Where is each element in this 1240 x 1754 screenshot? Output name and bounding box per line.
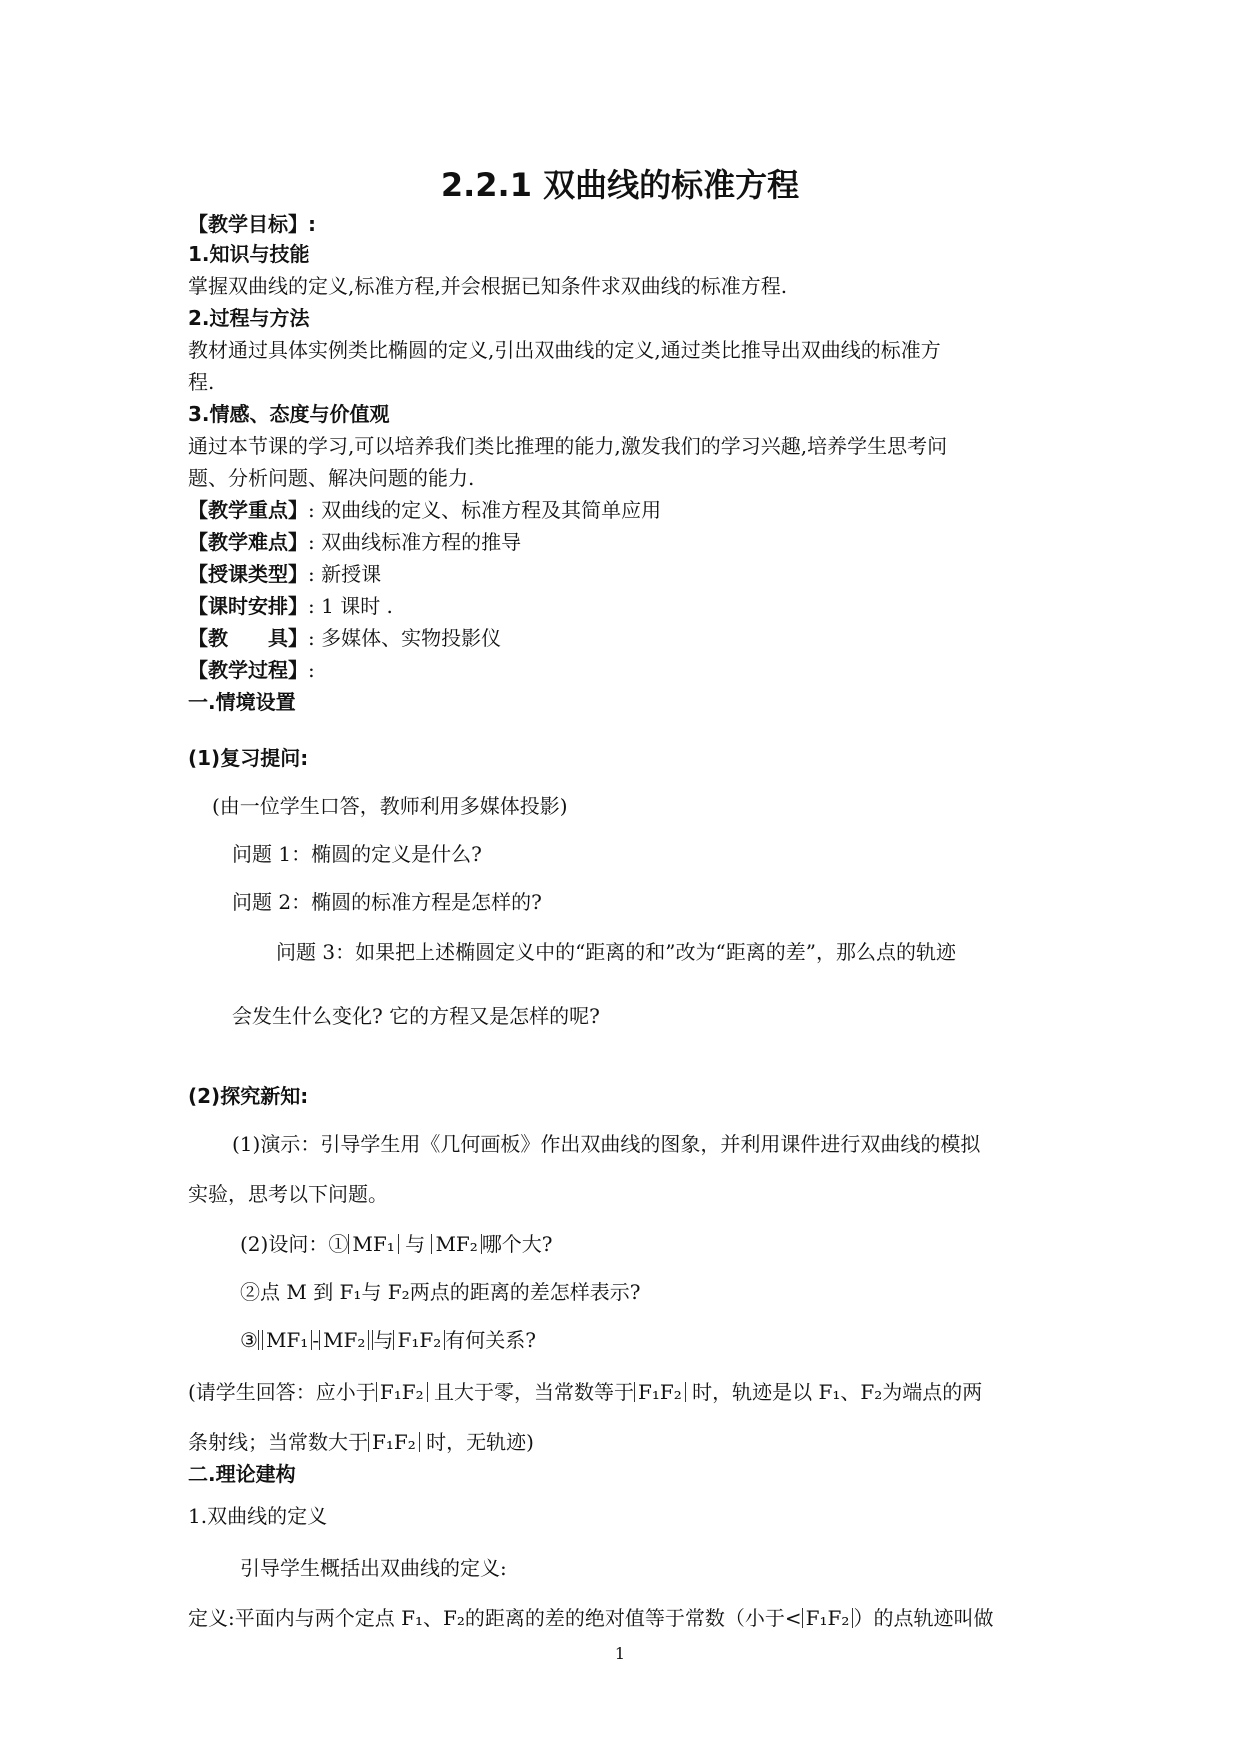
question-1: 问题 1：椭圆的定义是什么? [232, 840, 482, 868]
abs-f1f2: F₁F₂ [802, 1608, 854, 1628]
answer-text: 时，无轨迹) [426, 1430, 534, 1454]
ask-prefix: ③ [240, 1328, 258, 1352]
objective-3-text-line2: 题、分析问题、解决问题的能力. [188, 464, 474, 492]
abs-f1f2: F₁F₂ [368, 1432, 420, 1452]
objective-3-text-line1: 通过本节课的学习,可以培养我们类比推理的能力,激发我们的学习兴趣,培养学生思考问 [188, 432, 947, 460]
abs-outer: MF₁-MF₂ [258, 1330, 374, 1350]
objectives-heading: 【教学目标】: [188, 210, 316, 238]
answer-text: 条射线；当常数大于 [188, 1430, 368, 1454]
ask-prefix: (2)设问：① [240, 1232, 348, 1256]
meta-key-points: 【教学重点】: 双曲线的定义、标准方程及其简单应用 [188, 496, 661, 524]
ask-end: 有何关系? [445, 1328, 536, 1352]
meta-label: 【教学重点】 [188, 498, 308, 522]
definition-part: ）的点轨迹叫做 [853, 1606, 993, 1630]
ask-mid: 与 [373, 1328, 393, 1352]
meta-sep: : [308, 594, 315, 618]
meta-class-type: 【授课类型】: 新授课 [188, 560, 381, 588]
definition-text: 定义:平面内与两个定点 F₁、F₂的距离的差的绝对值等于常数（小于<F₁F₂）的… [188, 1604, 993, 1632]
meta-label: 【课时安排】 [188, 594, 308, 618]
explore-heading: (2)探究新知: [188, 1082, 308, 1110]
answer-text: (请学生回答：应小于 [188, 1380, 376, 1404]
review-heading: (1)复习提问: [188, 744, 308, 772]
meta-tools: 【教 具】: 多媒体、实物投影仪 [188, 624, 501, 652]
meta-sep: : [308, 562, 315, 586]
question-2: 问题 2：椭圆的标准方程是怎样的? [232, 888, 542, 916]
objective-2-heading: 2.过程与方法 [188, 304, 310, 332]
meta-value: 新授课 [321, 562, 381, 586]
review-note: (由一位学生口答，教师利用多媒体投影) [212, 792, 568, 820]
meta-sep: : [308, 530, 315, 554]
meta-label: 【教 具】 [188, 626, 308, 650]
document-page: 2.2.1 双曲线的标准方程 【教学目标】: 1.知识与技能 掌握双曲线的定义,… [0, 0, 1240, 1754]
demo-line2: 实验，思考以下问题。 [188, 1180, 388, 1208]
meta-sep: : [308, 498, 315, 522]
ask-2: ②点 M 到 F₁与 F₂两点的距离的差怎样表示? [240, 1278, 640, 1306]
abs-mf2: MF₂ [319, 1330, 369, 1350]
objective-2-text-line1: 教材通过具体实例类比椭圆的定义,引出双曲线的定义,通过类比推导出双曲线的标准方 [188, 336, 941, 364]
objective-3-heading: 3.情感、态度与价值观 [188, 400, 390, 428]
objective-2-text-line2: 程. [188, 368, 214, 396]
minus-sign: - [312, 1328, 319, 1352]
meta-process: 【教学过程】: [188, 656, 315, 684]
ask-3: ③MF₁-MF₂与F₁F₂有何关系? [240, 1326, 536, 1354]
meta-value: 双曲线的定义、标准方程及其简单应用 [321, 498, 661, 522]
meta-schedule: 【课时安排】: 1 课时 . [188, 592, 393, 620]
answer-line2: 条射线；当常数大于F₁F₂ 时，无轨迹) [188, 1428, 534, 1456]
page-title: 2.2.1 双曲线的标准方程 [0, 160, 1240, 206]
meta-value: 1 课时 . [321, 594, 393, 618]
abs-f1f2: F₁F₂ [393, 1330, 445, 1350]
meta-label: 【教学过程】 [188, 658, 308, 682]
meta-value: 双曲线标准方程的推导 [321, 530, 521, 554]
answer-text: 且大于零，当常数等于 [434, 1380, 634, 1404]
meta-value: 多媒体、实物投影仪 [321, 626, 501, 650]
answer-text: 时，轨迹是以 F₁、F₂为端点的两 [692, 1380, 982, 1404]
section2-heading: 二.理论建构 [188, 1460, 296, 1488]
demo-line1: (1)演示：引导学生用《几何画板》作出双曲线的图象，并利用课件进行双曲线的模拟 [232, 1130, 980, 1158]
definition-subheading: 1.双曲线的定义 [188, 1502, 327, 1530]
abs-mf1: MF₁ [262, 1330, 312, 1350]
meta-sep: : [308, 658, 315, 682]
objective-1-text: 掌握双曲线的定义,标准方程,并会根据已知条件求双曲线的标准方程. [188, 272, 787, 300]
abs-mf1: MF₁ [348, 1234, 398, 1254]
ask-end: 哪个大? [482, 1232, 553, 1256]
question-3-line1: 问题 3：如果把上述椭圆定义中的“距离的和”改为“距离的差”，那么点的轨迹 [276, 938, 956, 966]
abs-f1f2: F₁F₂ [376, 1382, 428, 1402]
abs-mf2: MF₂ [431, 1234, 481, 1254]
section1-heading: 一.情境设置 [188, 688, 296, 716]
page-number: 1 [0, 1644, 1240, 1663]
meta-label: 【授课类型】 [188, 562, 308, 586]
answer-line1: (请学生回答：应小于F₁F₂ 且大于零，当常数等于F₁F₂ 时，轨迹是以 F₁、… [188, 1378, 982, 1406]
ask-mid: 与 [405, 1232, 425, 1256]
meta-difficulty: 【教学难点】: 双曲线标准方程的推导 [188, 528, 521, 556]
abs-f1f2: F₁F₂ [634, 1382, 686, 1402]
ask-1: (2)设问：①MF₁ 与 MF₂哪个大? [240, 1230, 553, 1258]
meta-label: 【教学难点】 [188, 530, 308, 554]
question-3-line2: 会发生什么变化? 它的方程又是怎样的呢? [232, 1002, 600, 1030]
definition-guide: 引导学生概括出双曲线的定义: [240, 1554, 507, 1582]
definition-part: 定义:平面内与两个定点 F₁、F₂的距离的差的绝对值等于常数（小于< [188, 1606, 802, 1630]
meta-sep: : [308, 626, 315, 650]
objective-1-heading: 1.知识与技能 [188, 240, 310, 268]
